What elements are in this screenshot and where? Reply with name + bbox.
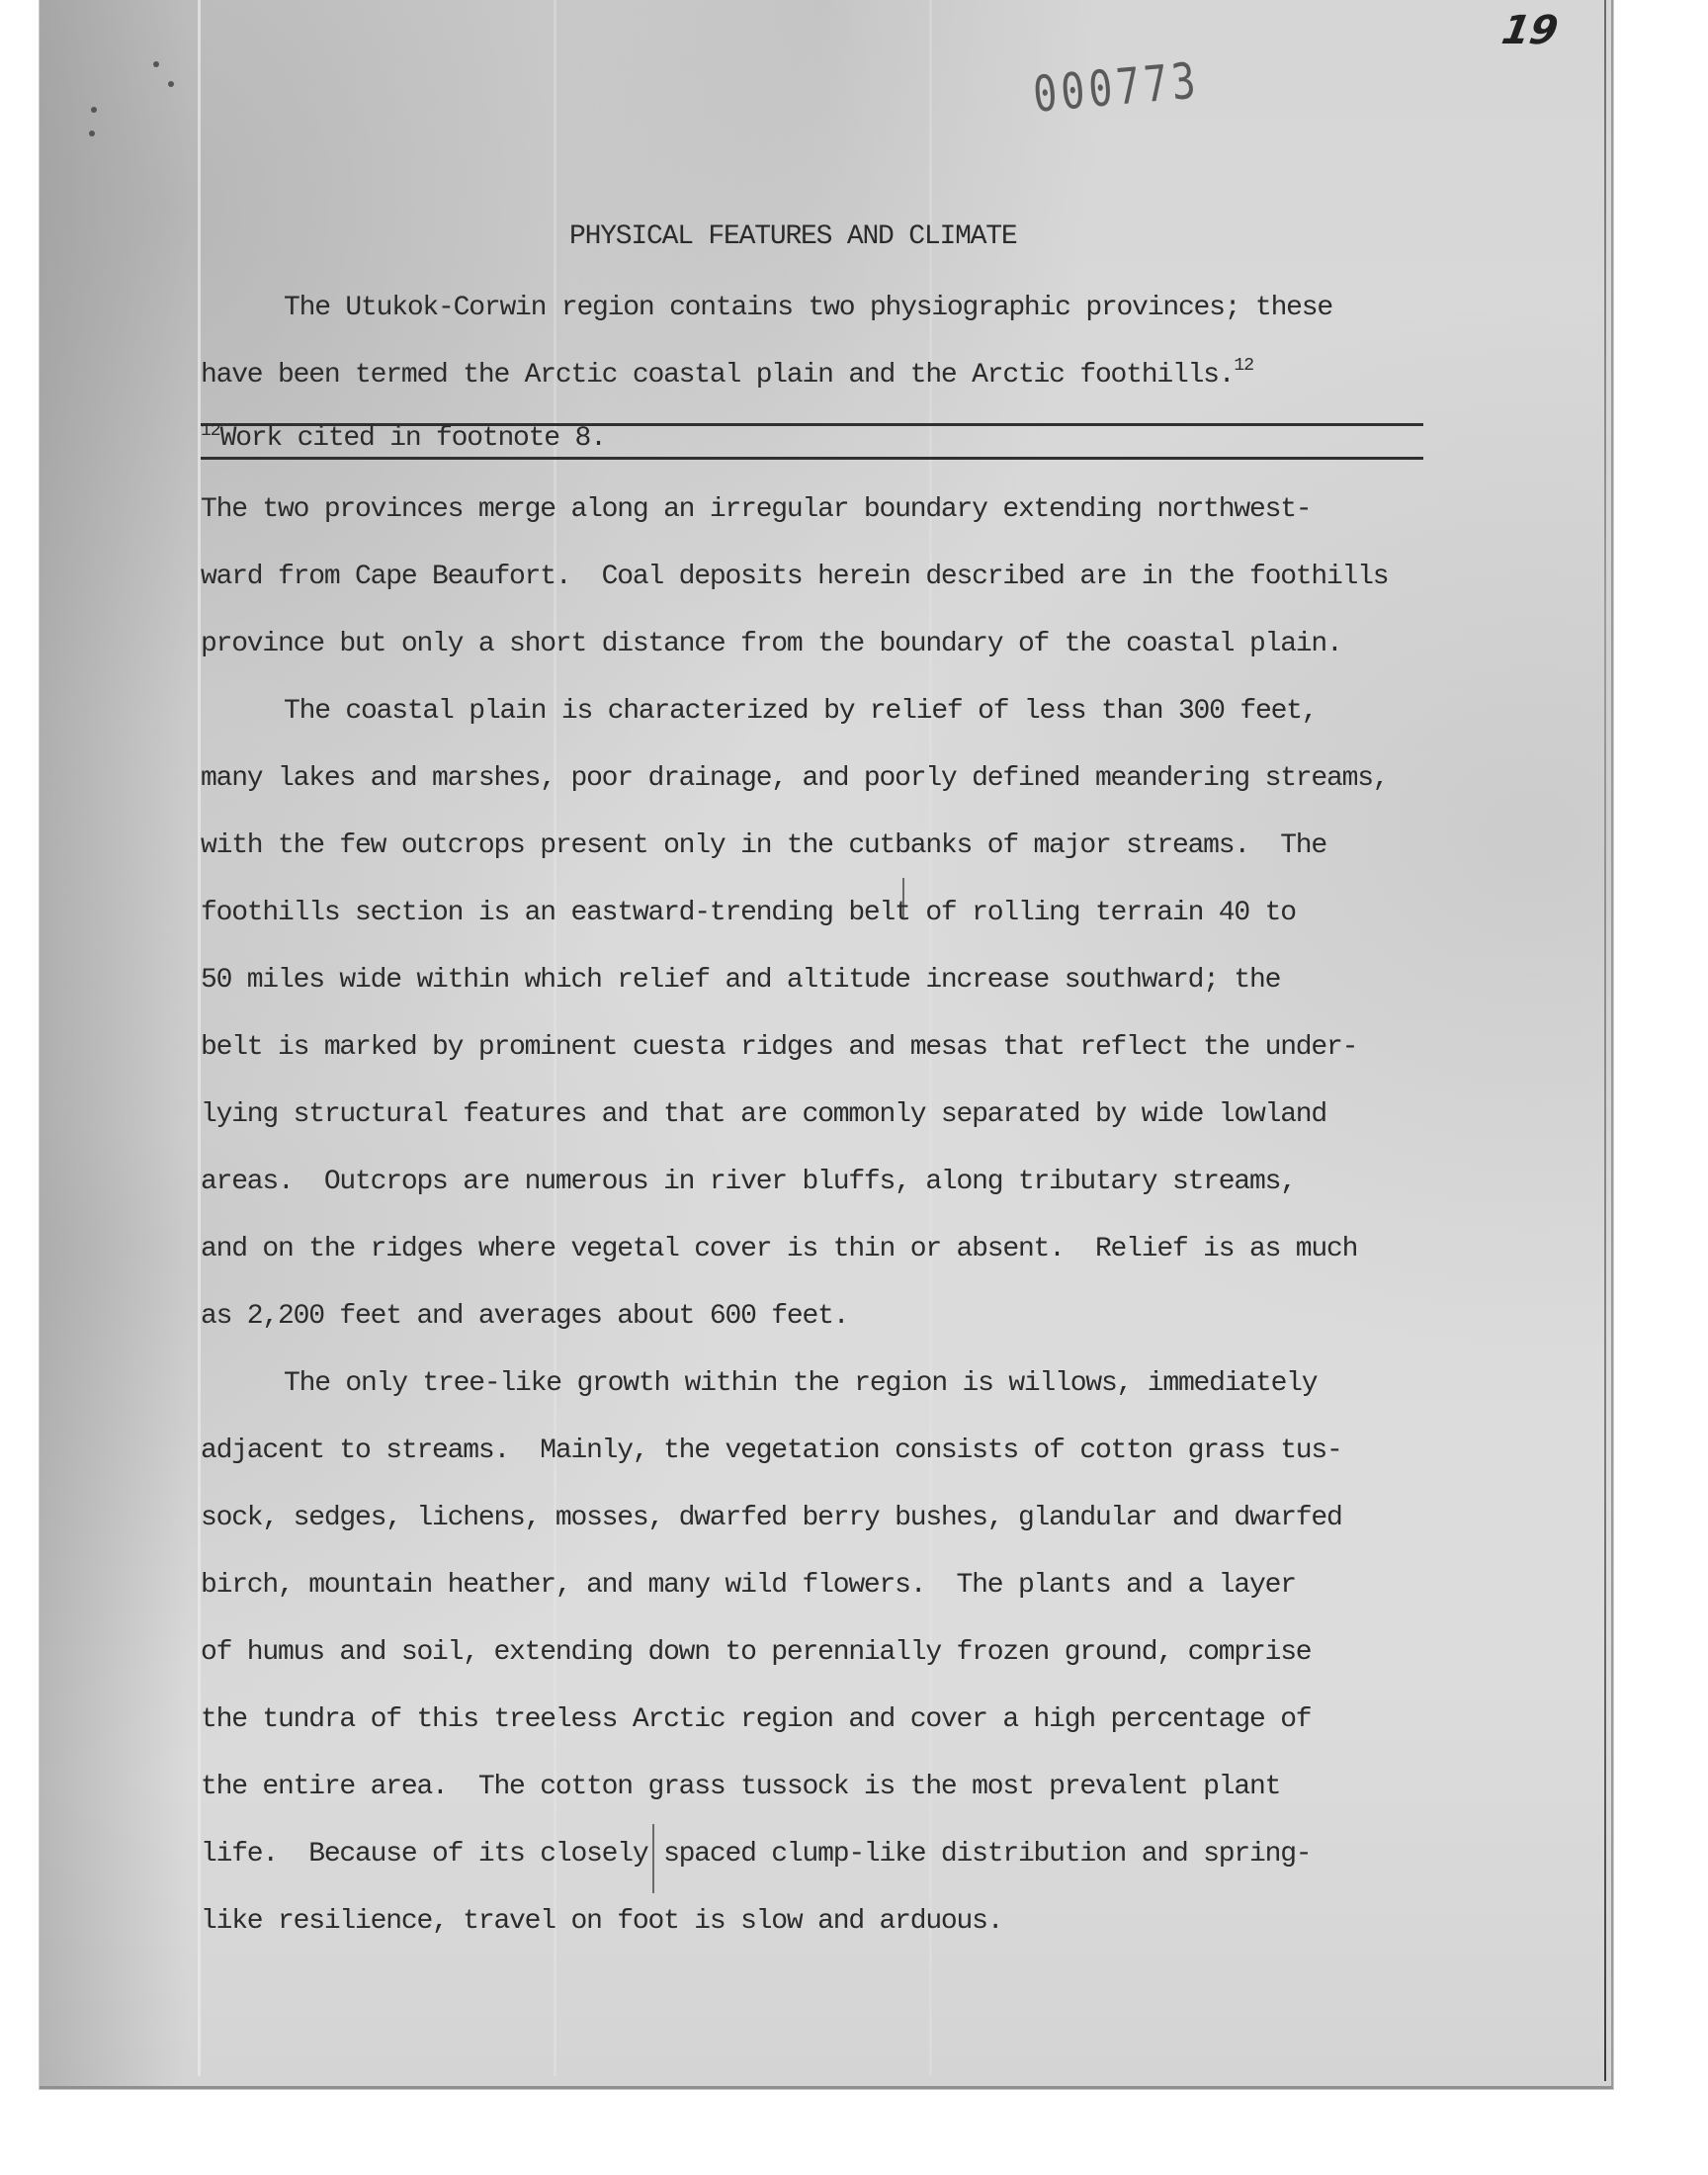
paragraph-line: sock, sedges, lichens, mosses, dwarfed b… bbox=[201, 1503, 1342, 1533]
paragraph-line: The only tree-like growth within the reg… bbox=[284, 1368, 1317, 1399]
paragraph-line: province but only a short distance from … bbox=[201, 629, 1342, 659]
handwritten-page-number: 19 bbox=[1498, 8, 1562, 53]
scan-speck bbox=[168, 81, 174, 87]
paragraph-line: and on the ridges where vegetal cover is… bbox=[201, 1234, 1357, 1264]
page-edge-line bbox=[1604, 0, 1606, 2081]
footnote: 12Work cited in footnote 8. bbox=[201, 423, 606, 454]
paragraph-line: belt is marked by prominent cuesta ridge… bbox=[201, 1032, 1357, 1063]
paragraph-line: life. Because of its closely spaced clum… bbox=[201, 1839, 1311, 1870]
paragraph-line-text: have been termed the Arctic coastal plai… bbox=[201, 360, 1234, 391]
paragraph-line: with the few outcrops present only in th… bbox=[201, 830, 1326, 861]
paragraph-line: like resilience, travel on foot is slow … bbox=[201, 1906, 1002, 1937]
footnote-text: Work cited in footnote 8. bbox=[220, 423, 606, 454]
paragraph-line: as 2,200 feet and averages about 600 fee… bbox=[201, 1301, 848, 1332]
paragraph-line: lying structural features and that are c… bbox=[201, 1099, 1326, 1130]
section-title: PHYSICAL FEATURES AND CLIMATE bbox=[569, 221, 1016, 252]
paragraph-line: foothills section is an eastward-trendin… bbox=[201, 898, 1296, 928]
paragraph-line: ward from Cape Beaufort. Coal deposits h… bbox=[201, 562, 1388, 592]
footnote-rule-bottom bbox=[201, 457, 1423, 460]
paragraph-line: birch, mountain heather, and many wild f… bbox=[201, 1570, 1296, 1601]
footnote-reference: 12 bbox=[1234, 356, 1253, 376]
paragraph-line: many lakes and marshes, poor drainage, a… bbox=[201, 763, 1388, 794]
scan-speck bbox=[89, 130, 95, 136]
paragraph-line: adjacent to streams. Mainly, the vegetat… bbox=[201, 1435, 1342, 1466]
paragraph-line: have been termed the Arctic coastal plai… bbox=[201, 360, 1253, 391]
paragraph-line: The coastal plain is characterized by re… bbox=[284, 696, 1317, 727]
paragraph-line: 50 miles wide within which relief and al… bbox=[201, 965, 1280, 996]
footnote-marker: 12 bbox=[201, 421, 220, 441]
paragraph-line: The two provinces merge along an irregul… bbox=[201, 494, 1311, 525]
scan-speck bbox=[91, 107, 97, 113]
paragraph-line: the entire area. The cotton grass tussoc… bbox=[201, 1772, 1280, 1802]
scan-speck bbox=[153, 61, 159, 67]
paragraph-line: of humus and soil, extending down to per… bbox=[201, 1637, 1311, 1668]
paragraph-line: areas. Outcrops are numerous in river bl… bbox=[201, 1167, 1296, 1197]
paragraph-line: The Utukok-Corwin region contains two ph… bbox=[284, 293, 1332, 323]
paragraph-line: the tundra of this treeless Arctic regio… bbox=[201, 1704, 1311, 1735]
